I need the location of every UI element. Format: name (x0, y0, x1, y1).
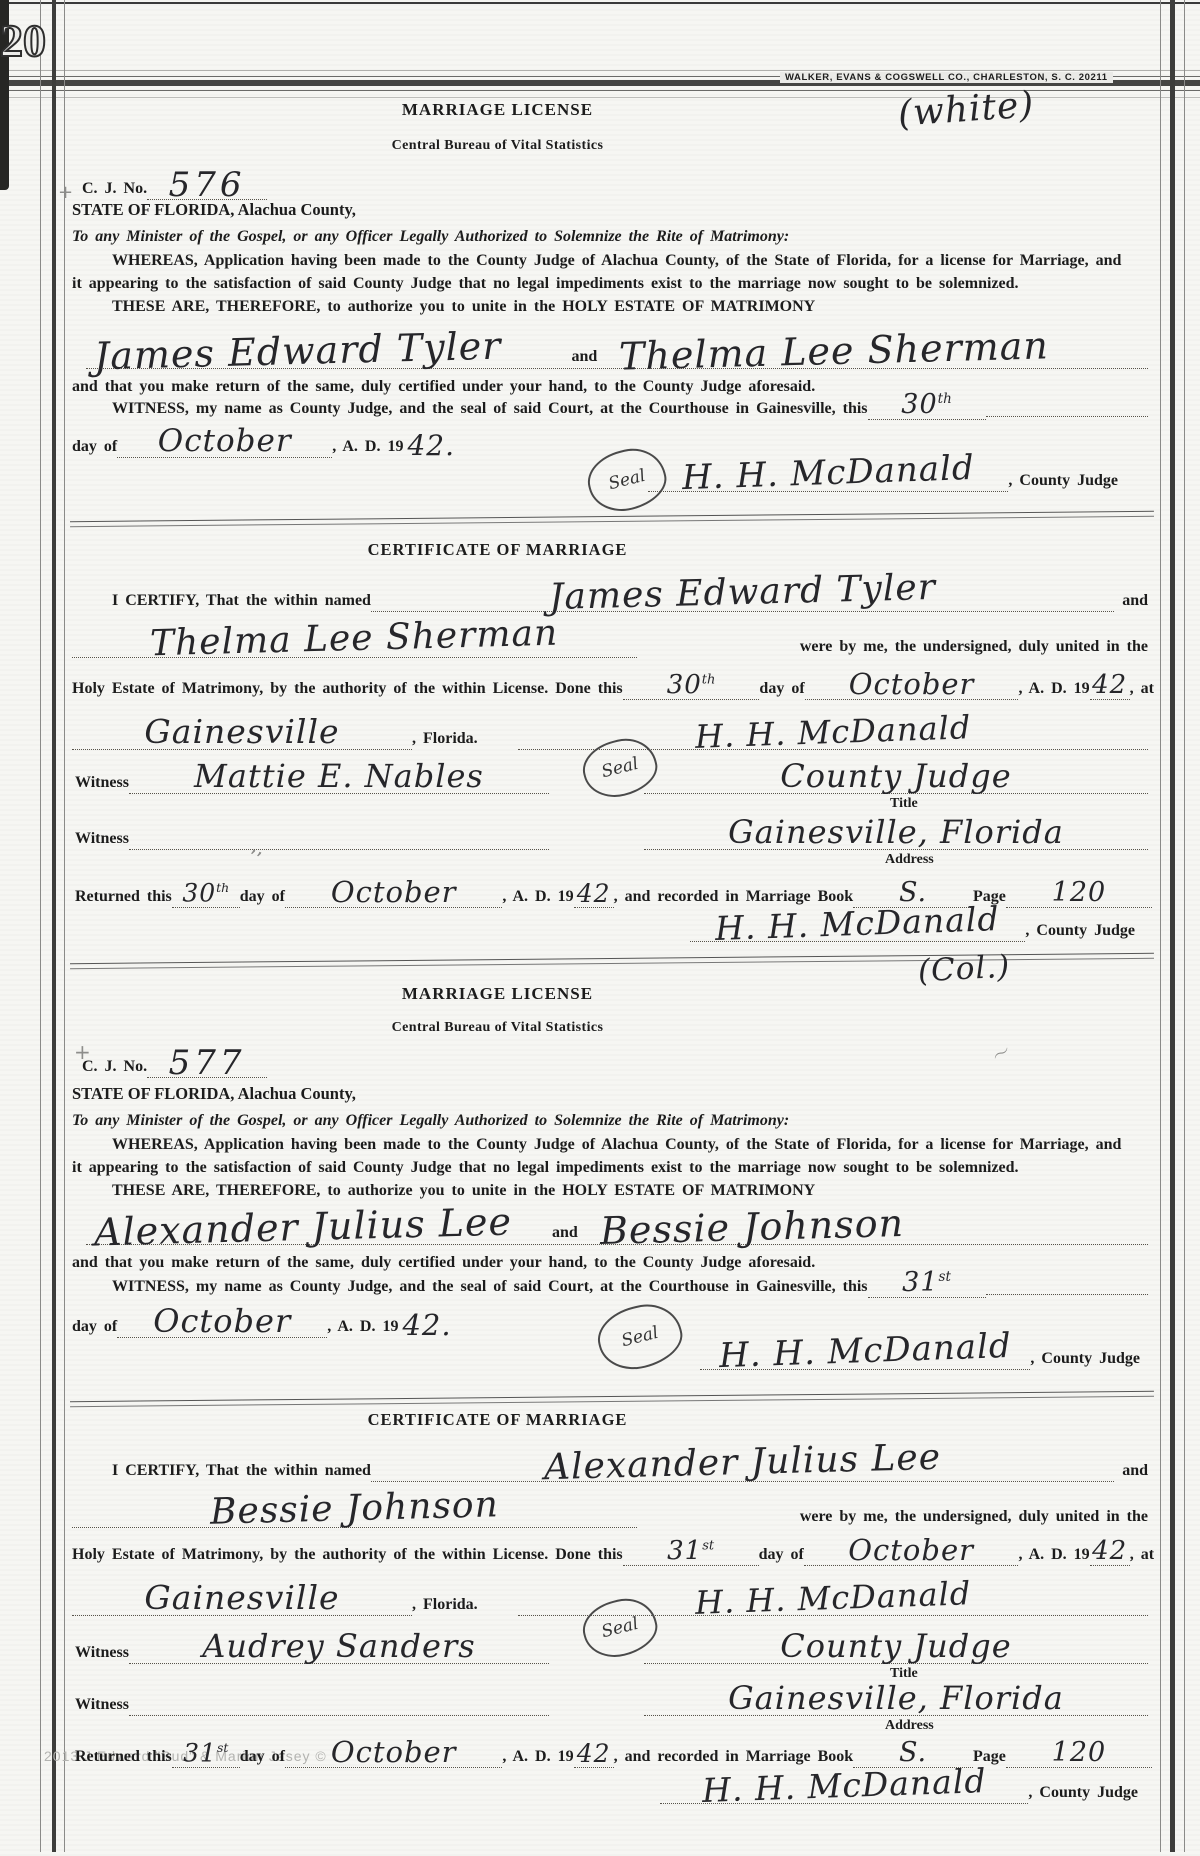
groom-name-line: Alexander Julius Lee (371, 1449, 1114, 1482)
and-word: and (571, 348, 597, 368)
signature-line: H. H. McDanald (648, 460, 1008, 492)
were-by-label: were by me, the undersigned, duly united… (800, 1508, 1148, 1528)
license2-month-value: October (153, 1307, 291, 1336)
day-of-label: day of (759, 1546, 804, 1566)
license1-whereas-line2: it appearing to the satisfaction of said… (72, 271, 1019, 295)
done-month-line: October (805, 673, 1019, 700)
right-margin-rule (1184, 0, 1185, 1852)
license2-witness-line: WITNESS, my name as County Judge, and th… (112, 1274, 1148, 1298)
day-of-label: day of (72, 438, 117, 458)
license2-cj-number-row: C. J. No. 577 (82, 1046, 267, 1078)
license1-state-line: STATE OF FLORIDA, Alachua County, (72, 196, 356, 222)
license2-whereas-line2: it appearing to the satisfaction of said… (72, 1155, 1019, 1179)
license1-day-value: 30th (901, 393, 951, 417)
cert2-address-value: Gainesville, Florida (728, 1684, 1064, 1713)
cert1-judge-signature: H. H. McDanald (694, 713, 971, 751)
ledger-page-number: 20 (0, 14, 46, 67)
and-word: and (552, 1224, 578, 1244)
place-line: Gainesville (72, 1585, 412, 1616)
ad-19-label: , A. D. 19 (332, 438, 403, 458)
cert2-judge-signature2: H. H. McDanald (702, 1766, 987, 1806)
title-line: County Judge (644, 1634, 1148, 1664)
license1-bride-name: Thelma Lee Sherman (619, 328, 1050, 373)
cert1-groom-row: I CERTIFY, That the within named James E… (112, 570, 1148, 612)
section-divider (70, 511, 1154, 527)
cert1-judge-signature2: H. H. McDanald (715, 904, 1000, 944)
witness-label: Witness (75, 1644, 129, 1664)
cert1-bride-name: Thelma Lee Sherman (150, 617, 559, 660)
license2-bride-name: Bessie Johnson (599, 1206, 904, 1248)
seal-text: Seal (606, 466, 647, 494)
at-label: , at (1130, 1546, 1154, 1566)
cert1-done-year: 42 (1092, 674, 1127, 697)
county-judge-label: , County Judge (1008, 472, 1118, 492)
signature-line: H. H. McDanald (660, 1773, 1028, 1804)
returned-day-line: 30th (172, 884, 240, 908)
witness-label: Witness (75, 774, 129, 794)
month-line: October (117, 429, 332, 458)
returned-this-label: Returned this (75, 888, 172, 908)
signature-line: H. H. McDanald (690, 911, 1025, 942)
minister-text: To any Minister of the Gospel, or any Of… (72, 1112, 789, 1132)
license2-judge-signature-row: H. H. McDanald , County Judge (700, 1330, 1140, 1370)
bride-name-line: Bessie Johnson (72, 1495, 637, 1528)
printer-credit: WALKER, EVANS & COGSWELL CO., CHARLESTON… (780, 72, 1113, 83)
license2-return-line: and that you make return of the same, du… (72, 1250, 815, 1274)
state-county-text: STATE OF FLORIDA, Alachua County, (72, 200, 356, 222)
address-label: Address (885, 852, 934, 868)
license1-whereas-line1: WHEREAS, Application having been made to… (112, 248, 1121, 272)
cert1-returned-year: 42 (577, 883, 611, 906)
cert2-done-year: 42 (1092, 1540, 1127, 1563)
license2-names-row: Alexander Julius Lee and Bessie Johnson (86, 1198, 1148, 1245)
these-are-text: THESE ARE, THEREFORE, to authorize you t… (112, 298, 815, 318)
right-margin-rule-thick (1170, 0, 1175, 1852)
county-judge-label: , County Judge (1030, 1350, 1140, 1370)
cert1-place: Gainesville (144, 717, 339, 747)
license1-month-value: October (158, 428, 292, 456)
returned-day-line: 31st (172, 1744, 240, 1768)
state-county-text: STATE OF FLORIDA, Alachua County, (72, 1084, 356, 1106)
address-line: Gainesville, Florida (644, 1686, 1148, 1716)
returned-this-label: Returned this (75, 1748, 172, 1768)
month-line: October (117, 1308, 327, 1338)
license1-names-row: James Edward Tyler and Thelma Lee Sherma… (86, 322, 1148, 369)
place-line: Gainesville (72, 719, 412, 750)
license2-minister-line: To any Minister of the Gospel, or any Of… (72, 1106, 789, 1132)
license1-day-line: 30th (868, 395, 986, 420)
cert1-returned-day: 30th (182, 882, 229, 905)
cert1-witness1-name: Mattie E. Nables (194, 762, 484, 791)
cert2-title-value: County Judge (780, 1632, 1011, 1661)
witness-label: Witness (75, 830, 129, 850)
license1-year-value: 42. (407, 433, 455, 458)
witness-text: WITNESS, my name as County Judge, and th… (112, 1278, 868, 1298)
cj-number-value: 577 (169, 1048, 246, 1079)
license2-race-annotation: (Col.) (917, 954, 1011, 987)
section-divider (70, 1391, 1154, 1407)
done-year-line: 42 (1090, 1542, 1130, 1566)
license2-whereas-line1: WHEREAS, Application having been made to… (112, 1132, 1121, 1156)
i-certify-label: I CERTIFY, That the within named (112, 1462, 371, 1482)
cert1-judge-signature2-row: H. H. McDanald , County Judge (690, 902, 1135, 942)
county-judge-label: , County Judge (1028, 1784, 1138, 1804)
done-month-line: October (804, 1539, 1019, 1566)
license2-state-line: STATE OF FLORIDA, Alachua County, (72, 1080, 356, 1106)
title-line: County Judge (644, 764, 1148, 794)
cert2-title: CERTIFICATE OF MARRIAGE (0, 1410, 995, 1430)
cert1-witness1-row: Witness Mattie E. Nables County Judge (75, 750, 1148, 794)
were-by-label: were by me, the undersigned, duly united… (800, 638, 1148, 658)
witness2-line (129, 1709, 549, 1716)
scanned-marriage-record-page: 20 WALKER, EVANS & COGSWELL CO., CHARLES… (0, 0, 1200, 1856)
day-of-label: day of (240, 888, 285, 908)
florida-label: , Florida. (412, 730, 478, 750)
license1-return-line: and that you make return of the same, du… (72, 374, 815, 398)
and-word: and (1122, 1462, 1148, 1482)
return-text: and that you make return of the same, du… (72, 378, 815, 398)
ad-19-label: , A. D. 19 (1018, 1546, 1089, 1566)
cert2-returned-day: 31st (183, 1742, 228, 1765)
bride-name-line: Thelma Lee Sherman (72, 625, 637, 658)
cert2-witness1-row: Witness Audrey Sanders County Judge (75, 1620, 1148, 1664)
ad-19-label: , A. D. 19 (1018, 680, 1089, 700)
whereas-text-1: WHEREAS, Application having been made to… (112, 252, 1121, 272)
county-judge-label: , County Judge (1025, 922, 1135, 942)
done-day-line: 31st (623, 1542, 759, 1566)
license2-day-line: 31st (868, 1273, 986, 1298)
returned-month-line: October (285, 881, 502, 908)
cert1-title-value: County Judge (780, 762, 1011, 791)
minister-text: To any Minister of the Gospel, or any Of… (72, 228, 789, 248)
left-margin-rule (40, 0, 41, 1852)
day-of-label: day of (759, 680, 804, 700)
witness2-line (129, 843, 549, 850)
license1-race-annotation: (white) (897, 89, 1035, 131)
pencil-plus-mark: + (58, 182, 73, 203)
leader-dots (986, 1293, 1148, 1295)
cert1-title: CERTIFICATE OF MARRIAGE (0, 540, 995, 560)
witness1-line: Audrey Sanders (129, 1634, 549, 1664)
leader-dots (986, 415, 1148, 417)
cert2-holy-estate-row: Holy Estate of Matrimony, by the authori… (72, 1530, 1154, 1566)
cert1-done-month: October (849, 671, 975, 697)
whereas-text-2: it appearing to the satisfaction of said… (72, 1159, 1019, 1179)
license1-these-are-line: THESE ARE, THEREFORE, to authorize you t… (112, 294, 815, 318)
right-margin-rule (1160, 0, 1161, 1852)
cert1-bride-row: Thelma Lee Sherman were by me, the under… (72, 616, 1148, 658)
seal-text: Seal (619, 1323, 660, 1351)
license2-judge-signature: H. H. McDanald (718, 1331, 1012, 1372)
license2-day-value: 31st (902, 1271, 951, 1295)
top-rule (0, 2, 1200, 4)
whereas-text-2: it appearing to the satisfaction of said… (72, 275, 1019, 295)
cj-number-line: 577 (147, 1046, 267, 1078)
ad-19-label: , A. D. 19 (502, 1748, 573, 1768)
cert2-bride-name: Bessie Johnson (210, 1489, 500, 1529)
license1-judge-signature: H. H. McDanald (681, 453, 975, 494)
left-margin-rule (64, 0, 65, 1852)
license1-groom-name: James Edward Tyler (94, 328, 502, 373)
i-certify-label: I CERTIFY, That the within named (112, 592, 371, 612)
cert2-returned-year: 42 (577, 1743, 611, 1766)
ad-19-label: , A. D. 19 (502, 888, 573, 908)
cert2-done-month: October (848, 1537, 974, 1563)
license2-title: MARRIAGE LICENSE (0, 984, 995, 1004)
cert2-done-day: 31st (667, 1540, 714, 1563)
cert2-book-value: S. (899, 1741, 927, 1765)
cert2-judge-signature2-row: H. H. McDanald , County Judge (660, 1764, 1138, 1804)
cert2-returned-row: Returned this 31st day of October , A. D… (75, 1728, 1152, 1768)
ad-19-label: , A. D. 19 (327, 1318, 398, 1338)
license2-bureau: Central Bureau of Vital Statistics (0, 1020, 995, 1036)
and-word: and (1122, 592, 1148, 612)
cert2-witness1-name: Audrey Sanders (202, 1632, 475, 1661)
done-day-line: 30th (623, 676, 760, 700)
holy-estate-label: Holy Estate of Matrimony, by the authori… (72, 680, 623, 700)
address-line: Gainesville, Florida (644, 820, 1148, 850)
done-year-line: 42 (1090, 676, 1130, 700)
license1-dayof-line: day of October , A. D. 19 42. (72, 424, 455, 458)
cert1-groom-name: James Edward Tyler (549, 572, 937, 615)
cert2-witness2-row: Witness Gainesville, Florida (75, 1672, 1148, 1716)
cert1-returned-month: October (331, 879, 457, 905)
groom-name-line: James Edward Tyler (371, 579, 1114, 612)
cert2-judge-signature: H. H. McDanald (694, 1579, 971, 1617)
florida-label: , Florida. (412, 1596, 478, 1616)
returned-year-line: 42 (574, 1745, 614, 1769)
license2-dayof-line: day of October , A. D. 19 42. (72, 1302, 452, 1338)
cert2-groom-row: I CERTIFY, That the within named Alexand… (112, 1440, 1148, 1482)
at-label: , at (1130, 680, 1154, 700)
license1-judge-signature-row: H. H. McDanald , County Judge (648, 452, 1118, 492)
header-band-line (0, 70, 1200, 71)
cj-number-label: C. J. No. (82, 1058, 147, 1078)
license1-witness-line: WITNESS, my name as County Judge, and th… (112, 396, 1148, 420)
license1-minister-line: To any Minister of the Gospel, or any Of… (72, 222, 789, 248)
returned-year-line: 42 (574, 885, 614, 909)
cert2-page-value: 120 (1052, 1741, 1107, 1765)
witness-label: Witness (75, 1696, 129, 1716)
holy-estate-label: Holy Estate of Matrimony, by the authori… (72, 1546, 623, 1566)
license1-title: MARRIAGE LICENSE (0, 100, 995, 120)
license1-bureau: Central Bureau of Vital Statistics (0, 138, 995, 154)
cert2-bride-row: Bessie Johnson were by me, the undersign… (72, 1486, 1148, 1528)
cert1-holy-estate-row: Holy Estate of Matrimony, by the authori… (72, 664, 1154, 700)
day-of-label: day of (240, 1748, 285, 1768)
cert1-done-day: 30th (667, 674, 716, 697)
seal-drawing: Seal (592, 1297, 689, 1377)
cert1-address-value: Gainesville, Florida (728, 818, 1064, 847)
signature-line: H. H. McDanald (700, 1338, 1030, 1370)
cert1-witness2-row: Witness Gainesville, Florida (75, 806, 1148, 850)
whereas-text-1: WHEREAS, Application having been made to… (112, 1136, 1121, 1156)
left-margin-rule-thick (52, 0, 56, 1852)
pencil-smudge: 〜 (986, 1037, 1016, 1069)
witness1-line: Mattie E. Nables (129, 764, 549, 794)
returned-month-line: October (285, 1741, 502, 1768)
return-text: and that you make return of the same, du… (72, 1254, 815, 1274)
cert2-groom-name: Alexander Julius Lee (544, 1441, 942, 1484)
day-of-label: day of (72, 1318, 117, 1338)
cert2-place: Gainesville (144, 1583, 339, 1613)
license2-groom-name: Alexander Julius Lee (94, 1204, 513, 1249)
cert2-returned-month: October (331, 1739, 457, 1765)
license2-year-value: 42. (402, 1312, 451, 1338)
witness-text: WITNESS, my name as County Judge, and th… (112, 400, 868, 420)
